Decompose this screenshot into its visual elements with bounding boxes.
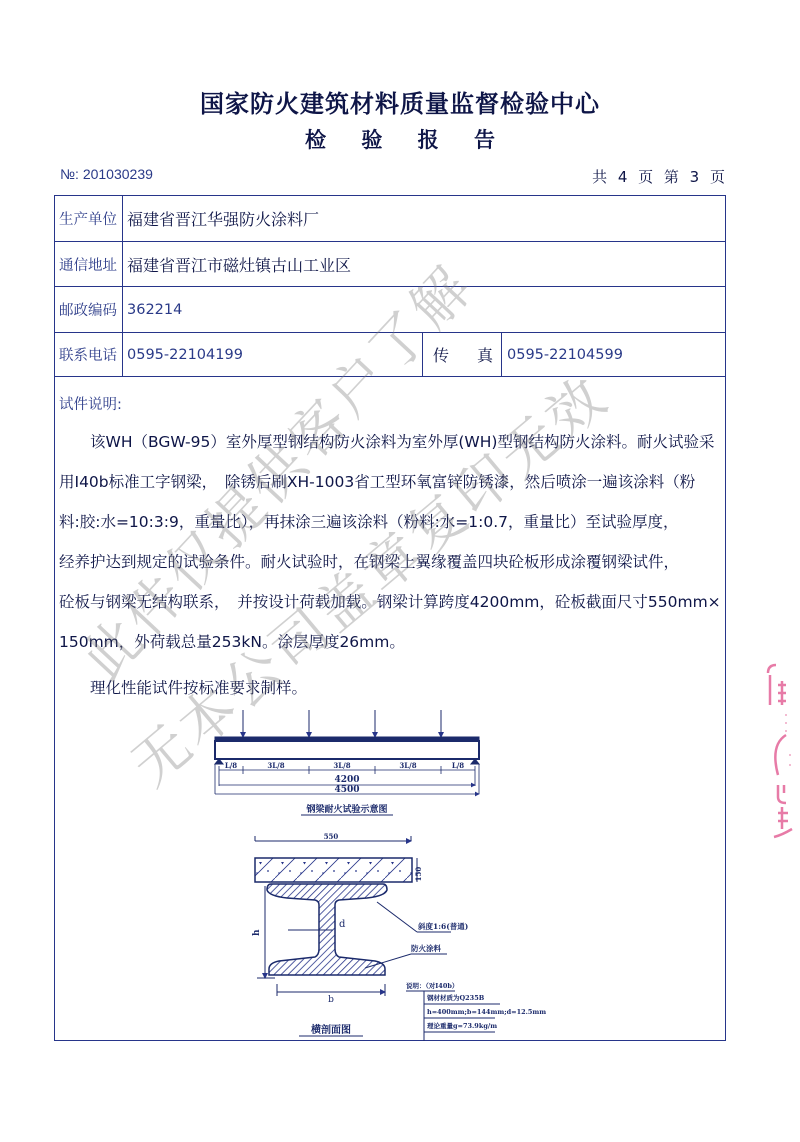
slab-height-label: 150 xyxy=(414,867,423,882)
report-number-value: 201030239 xyxy=(83,166,153,182)
segment-label: 3L/8 xyxy=(333,761,350,770)
notes-title: 说明：（对I40b） xyxy=(406,981,458,990)
segment-label: L/8 xyxy=(225,761,237,770)
note-weight: 理论重量g=73.9kg/m xyxy=(427,1021,497,1030)
slope-label: 斜度1:6(普通) xyxy=(417,921,468,931)
cross-section-caption: 横剖面图 xyxy=(310,1023,351,1036)
document-title: 检 验 报 告 xyxy=(0,124,800,154)
beam-fire-test-diagram: L/8 3L/8 3L/8 3L/8 L/8 4200 4500 钢梁耐火试验示… xyxy=(55,196,727,1042)
segment-label: 3L/8 xyxy=(267,761,284,770)
slab-width-label: 550 xyxy=(324,832,339,841)
beam-diagram-caption: 钢梁耐火试验示意图 xyxy=(305,803,387,815)
report-frame: 生产单位 福建省晋江华强防火涂料厂 通信地址 福建省晋江市磁灶镇古山工业区 邮政… xyxy=(54,195,726,1041)
flange-width-label: b xyxy=(328,995,334,1005)
web-thickness-label: d xyxy=(339,919,346,930)
coating-label: 防火涂料 xyxy=(411,943,441,953)
beam-dimension-labels: L/8 3L/8 3L/8 3L/8 L/8 4200 4500 钢梁耐火试验示… xyxy=(225,761,464,815)
segment-label: L/8 xyxy=(452,761,464,770)
official-stamp-partial xyxy=(756,645,796,845)
segment-label: 3L/8 xyxy=(399,761,416,770)
note-dimensions: h=400mm;b=144mm;d=12.5mm xyxy=(427,1008,546,1016)
page-info: 共 4 页 第 3 页 xyxy=(592,166,728,187)
height-label: h xyxy=(252,929,262,936)
total-length-label: 4500 xyxy=(334,785,359,795)
cross-section xyxy=(255,836,451,996)
report-number: №: 201030239 xyxy=(60,166,153,182)
span-label: 4200 xyxy=(334,775,359,785)
report-number-label: №: xyxy=(60,166,79,182)
section-notes: 说明：（对I40b） 钢材材质为Q235B h=400mm;b=144mm;d=… xyxy=(406,981,546,1041)
organization-title: 国家防火建筑材料质量监督检验中心 xyxy=(0,84,800,119)
note-material: 钢材材质为Q235B xyxy=(426,993,485,1002)
